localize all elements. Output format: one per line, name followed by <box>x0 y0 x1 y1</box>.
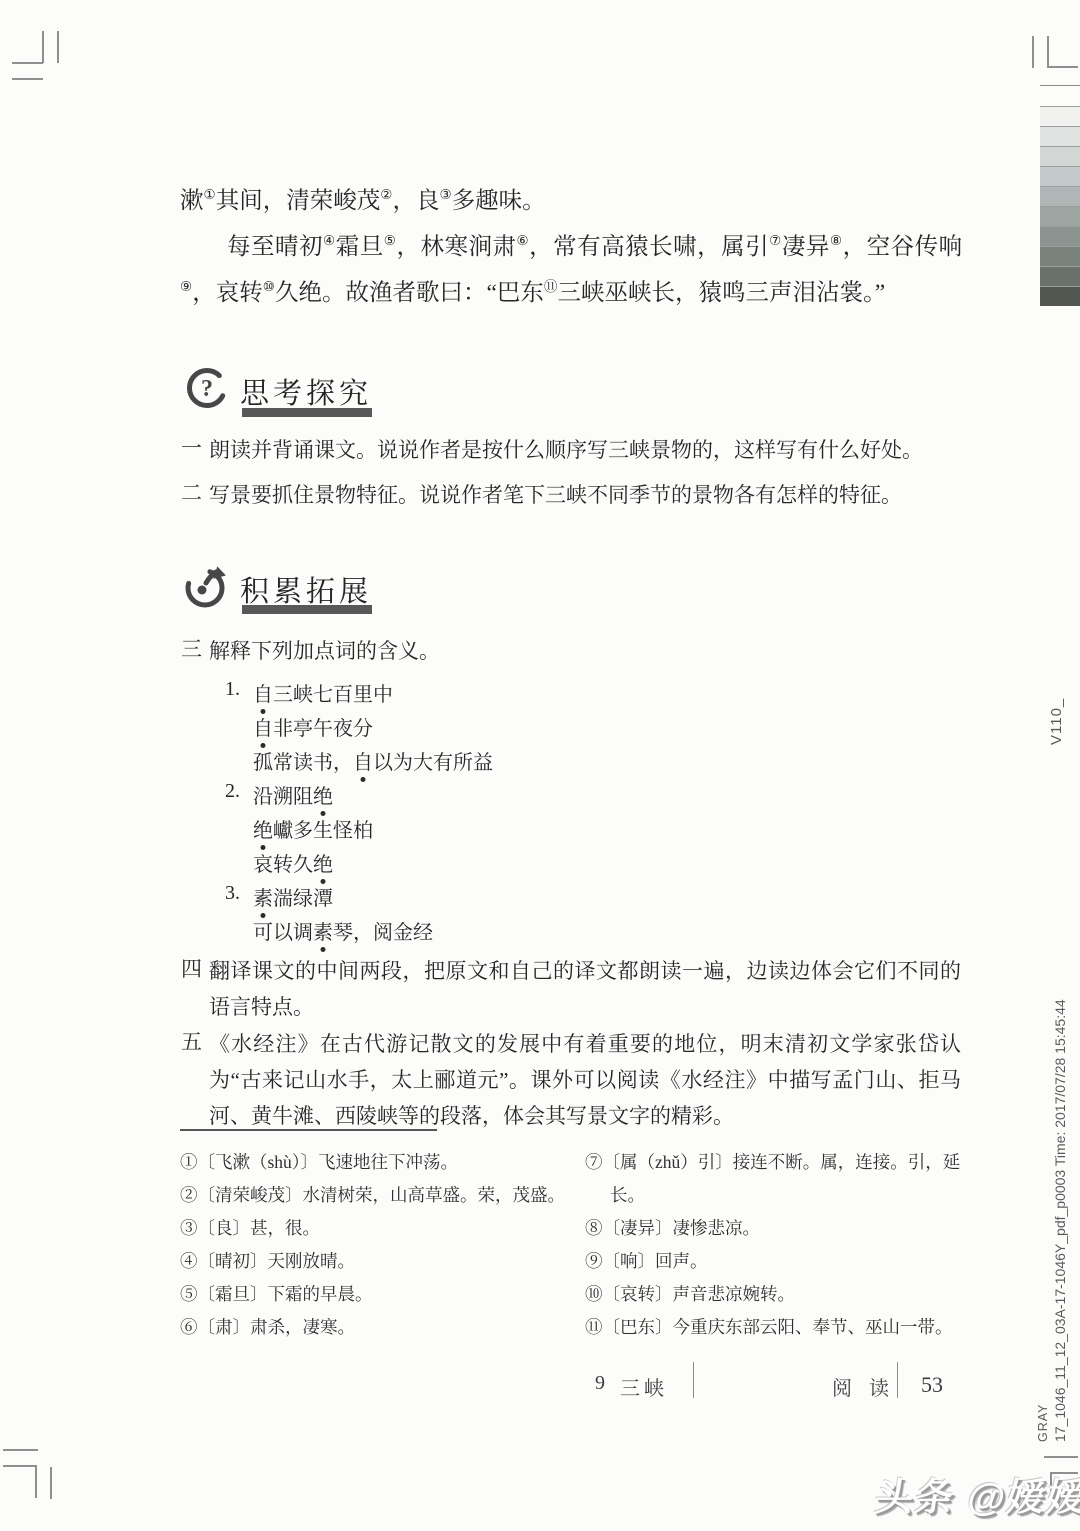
footer-divider <box>897 1362 898 1398</box>
word-group-number: 3. <box>225 882 240 905</box>
footnote-column-right: ⑦〔属（zhǔ）引〕接连不断。属，连接。引，延长。 ⑧〔凄异〕凄惨悲凉。 ⑨〔响… <box>585 1146 993 1344</box>
grayscale-swatch <box>1040 126 1080 146</box>
print-file-info: 17_1046_11_12_03A-17-1046Y_pdf_p0003 Tim… <box>1052 999 1068 1442</box>
footnote: ⑥〔肃〕肃杀，凄寒。 <box>180 1311 608 1344</box>
footer-divider <box>693 1362 694 1398</box>
print-color-mode: GRAY <box>1036 1404 1050 1443</box>
grayscale-swatch <box>1040 106 1080 126</box>
footnote: ①〔飞漱（shù）〕飞速地往下冲荡。 <box>180 1146 608 1179</box>
question-text: 写景要抓住景物特征。说说作者笔下三峡不同季节的景物各有怎样的特征。 <box>209 477 961 513</box>
word-example-line: 可以调素琴，阅金经 <box>253 916 433 945</box>
word-example-line: 素湍绿潭 <box>253 882 333 911</box>
footer-lesson-title: 三峡 <box>620 1372 668 1401</box>
footnote-divider <box>180 1129 437 1131</box>
word-example-line: 沿溯阻绝 <box>253 780 333 809</box>
question-circle-icon: ? <box>186 367 228 409</box>
word-group-number: 2. <box>225 780 240 803</box>
question-number: 五 <box>181 1026 202 1056</box>
question-number: 二 <box>181 477 202 507</box>
footnote-column-left: ①〔飞漱（shù）〕飞速地往下冲荡。 ②〔清荣峻茂〕水清树荣，山高草盛。荣，茂盛… <box>180 1146 608 1344</box>
footnote: ③〔良〕甚，很。 <box>180 1212 608 1245</box>
section-title-underline <box>242 408 372 417</box>
question-number: 四 <box>181 953 202 983</box>
section-title-underline <box>242 605 372 614</box>
word-example-line: 孤常读书，自以为大有所益 <box>253 746 493 775</box>
question-number: 一 <box>181 432 202 462</box>
question-text: 解释下列加点词的含义。 <box>209 633 961 669</box>
word-group-number: 1. <box>225 678 240 701</box>
question-text: 翻译课文的中间两段，把原文和自己的译文都朗读一遍，边读边体会它们不同的语言特点。 <box>209 953 961 1025</box>
section-title-think: 思考探究 <box>240 371 372 412</box>
footnote: ⑤〔霜旦〕下霜的早晨。 <box>180 1278 608 1311</box>
passage-line: 漱①其间，清荣峻茂②，良③多趣味。 <box>180 175 962 221</box>
grayscale-swatch <box>1040 286 1080 306</box>
word-example-line: 自非亭午夜分 <box>253 712 373 741</box>
word-example-line: 哀转久绝 <box>253 848 333 877</box>
grayscale-calibration-strip <box>1040 85 1080 306</box>
footnote: ⑩〔哀转〕声音悲凉婉转。 <box>585 1278 993 1311</box>
footer-lesson-number: 9 <box>595 1372 605 1395</box>
footnote: ②〔清荣峻茂〕水清树荣，山高草盛。荣，茂盛。 <box>180 1179 608 1212</box>
grayscale-swatch <box>1040 246 1080 266</box>
grayscale-swatch <box>1040 266 1080 286</box>
footer-page-number: 53 <box>921 1372 943 1398</box>
grayscale-swatch <box>1040 186 1080 206</box>
word-example-line: 绝巘多生怪柏 <box>253 814 373 843</box>
footnote: ⑨〔响〕回声。 <box>585 1245 993 1278</box>
cycle-arrow-icon <box>182 564 228 610</box>
passage-paragraph: 每至晴初④霜旦⑤，林寒涧肃⑥，常有高猿长啸，属引⑦凄异⑧，空谷传响⑨，哀转⑩久绝… <box>180 221 962 313</box>
lesson-text-passage: 漱①其间，清荣峻茂②，良③多趣味。 每至晴初④霜旦⑤，林寒涧肃⑥，常有高猿长啸，… <box>180 175 962 313</box>
grayscale-swatch <box>1040 226 1080 246</box>
section-title-accumulate: 积累拓展 <box>240 569 372 610</box>
grayscale-swatch <box>1040 146 1080 166</box>
svg-text:?: ? <box>201 376 213 402</box>
question-text: 《水经注》在古代游记散文的发展中有着重要的地位，明末清初文学家张岱认为“古来记山… <box>209 1026 961 1134</box>
question-number: 三 <box>181 633 202 663</box>
grayscale-swatch <box>1040 86 1080 106</box>
footnote: ④〔晴初〕天刚放晴。 <box>180 1245 608 1278</box>
word-example-line: 自三峡七百里中 <box>253 678 393 707</box>
footnote: ⑦〔属（zhǔ）引〕接连不断。属，连接。引，延长。 <box>585 1146 993 1212</box>
grayscale-swatch <box>1040 206 1080 226</box>
textbook-page: V110_ 17_1046_11_12_03A-17-1046Y_pdf_p00… <box>0 0 1080 1531</box>
watermark-toutiao: 头条 @嫒嫒妈 <box>872 1466 1080 1521</box>
question-text: 朗读并背诵课文。说说作者是按什么顺序写三峡景物的，这样写有什么好处。 <box>209 432 961 468</box>
grayscale-swatch <box>1040 166 1080 186</box>
footnote: ⑪〔巴东〕今重庆东部云阳、奉节、巫山一带。 <box>585 1311 993 1344</box>
footer-section-label: 阅 读 <box>832 1372 895 1401</box>
print-side-code: V110_ <box>1048 698 1065 745</box>
footnote: ⑧〔凄异〕凄惨悲凉。 <box>585 1212 993 1245</box>
